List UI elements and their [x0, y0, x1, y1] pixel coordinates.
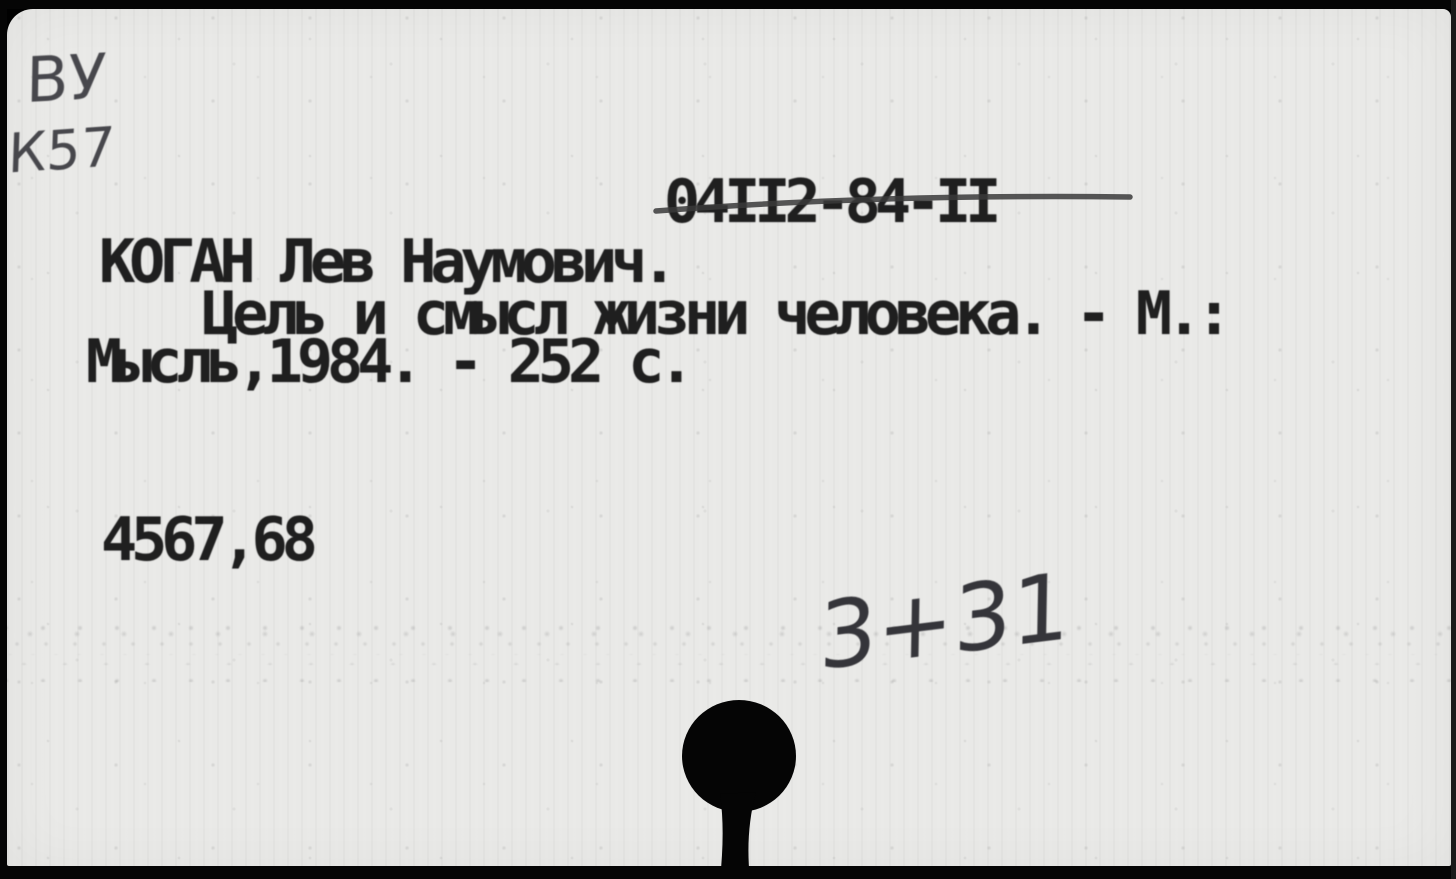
- crossed-out-index-number: 04II2-84-II: [664, 172, 995, 232]
- ink-blot: [676, 694, 806, 879]
- scanned-card-image: ВУ К57 04II2-84-II КОГАН Лев Наумович. Ц…: [0, 0, 1456, 879]
- imprint-line: Мысль,1984. - 252 с.: [86, 332, 688, 392]
- catalog-number: 4567,68: [101, 510, 312, 570]
- scan-edge-right: [1451, 0, 1456, 879]
- handwritten-shelf-mark-line1: ВУ: [26, 46, 107, 112]
- handwritten-shelf-mark-line2: К57: [7, 120, 116, 182]
- scan-edge-top: [0, 0, 1456, 9]
- scan-noise-band: [0, 618, 1456, 682]
- scan-edge-bottom: [0, 866, 1456, 879]
- scan-edge-left: [0, 0, 7, 879]
